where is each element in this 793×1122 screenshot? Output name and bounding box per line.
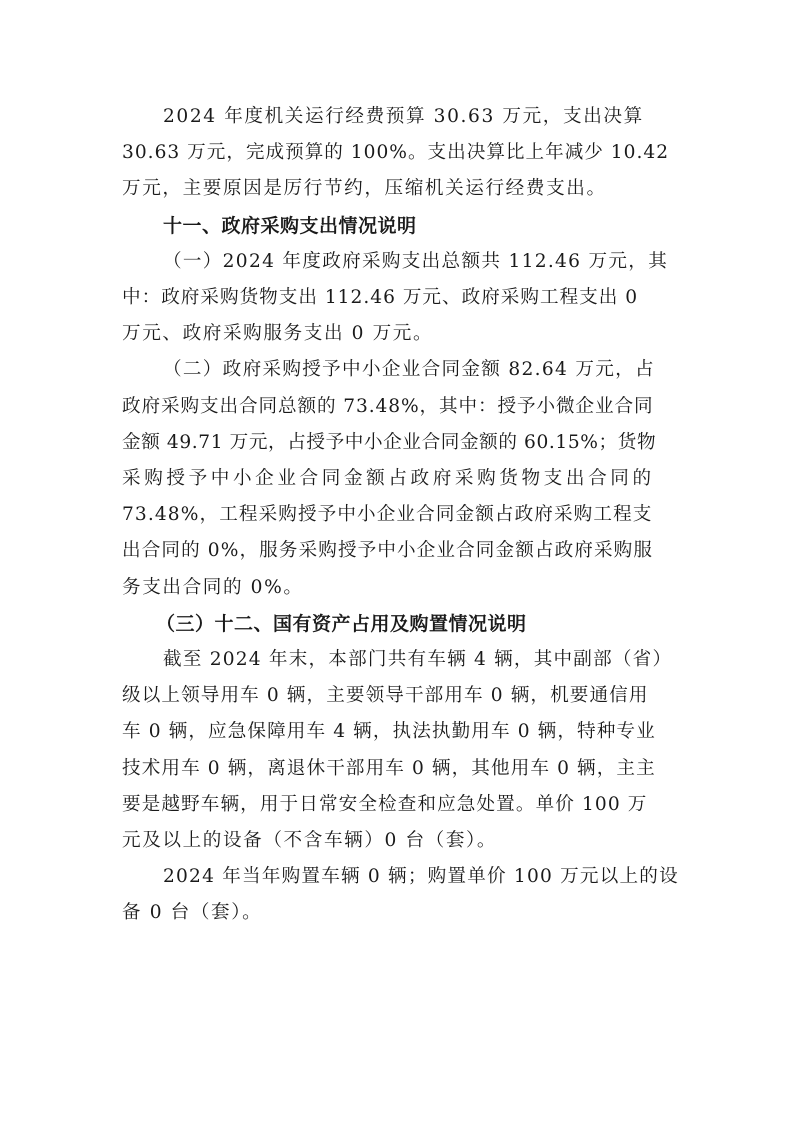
text-line: 万元，主要原因是厉行节约，压缩机关运行经费支出。: [122, 171, 673, 207]
text-line: 出合同的 0%，服务采购授予中小企业合同金额占政府采购服: [122, 533, 673, 569]
text-line: 30.63 万元，完成预算的 100%。支出决算比上年减少 10.42: [122, 135, 673, 171]
text-line: 要是越野车辆，用于日常安全检查和应急处置。单价 100 万: [122, 787, 673, 823]
text-line: 金额 49.71 万元，占授予中小企业合同金额的 60.15%；货物: [122, 425, 673, 461]
text-line: 万元、政府采购服务支出 0 万元。: [122, 316, 673, 352]
text-line: （二）政府采购授予中小企业合同金额 82.64 万元，占: [122, 352, 673, 388]
text-line: 务支出合同的 0%。: [122, 570, 673, 606]
text-line: 元及以上的设备（不含车辆）0 台（套）。: [122, 823, 673, 859]
text-line: 中：政府采购货物支出 112.46 万元、政府采购工程支出 0: [122, 280, 673, 316]
paragraph-sme-contracts: （二）政府采购授予中小企业合同金额 82.64 万元，占 政府采购支出合同总额的…: [122, 352, 673, 605]
document-page: 2024 年度机关运行经费预算 30.63 万元，支出决算 30.63 万元，完…: [122, 99, 673, 932]
text-line: 技术用车 0 辆，离退休干部用车 0 辆，其他用车 0 辆，主主: [122, 751, 673, 787]
heading-text: 十一、政府采购支出情况说明: [122, 208, 673, 244]
text-line: 级以上领导用车 0 辆，主要领导干部用车 0 辆，机要通信用: [122, 678, 673, 714]
text-line: 73.48%，工程采购授予中小企业合同金额占政府采购工程支: [122, 497, 673, 533]
paragraph-operating-expenses: 2024 年度机关运行经费预算 30.63 万元，支出决算 30.63 万元，完…: [122, 99, 673, 208]
text-line: 2024 年度机关运行经费预算 30.63 万元，支出决算: [122, 99, 673, 135]
heading-text: （三）十二、国有资产占用及购置情况说明: [122, 606, 673, 642]
text-line: 政府采购支出合同总额的 73.48%，其中：授予小微企业合同: [122, 389, 673, 425]
text-line: （一）2024 年度政府采购支出总额共 112.46 万元，其: [122, 244, 673, 280]
paragraph-procurement-total: （一）2024 年度政府采购支出总额共 112.46 万元，其 中：政府采购货物…: [122, 244, 673, 353]
text-line: 备 0 台（套）。: [122, 895, 673, 931]
section-heading-procurement: 十一、政府采购支出情况说明: [122, 208, 673, 244]
text-line: 截至 2024 年末，本部门共有车辆 4 辆，其中副部（省）: [122, 642, 673, 678]
paragraph-purchases: 2024 年当年购置车辆 0 辆；购置单价 100 万元以上的设 备 0 台（套…: [122, 859, 673, 931]
text-line: 车 0 辆，应急保障用车 4 辆，执法执勤用车 0 辆，特种专业: [122, 714, 673, 750]
text-line: 2024 年当年购置车辆 0 辆；购置单价 100 万元以上的设: [122, 859, 673, 895]
section-heading-state-assets: （三）十二、国有资产占用及购置情况说明: [122, 606, 673, 642]
text-line: 采购授予中小企业合同金额占政府采购货物支出合同的: [122, 461, 673, 497]
paragraph-vehicles: 截至 2024 年末，本部门共有车辆 4 辆，其中副部（省） 级以上领导用车 0…: [122, 642, 673, 859]
